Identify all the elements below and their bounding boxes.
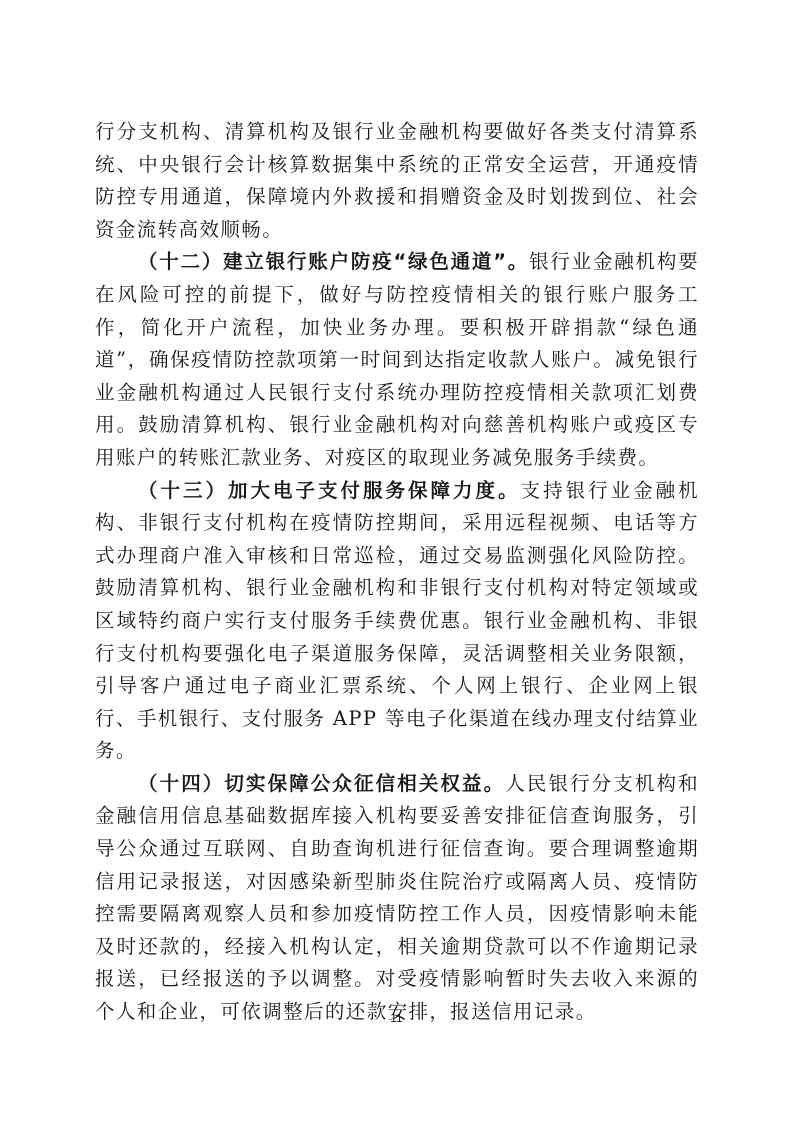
section-heading: （十二）建立银行账户防疫“绿色通道”。	[138, 250, 529, 273]
paragraph-section-13: （十三）加大电子支付服务保障力度。支持银行业金融机构、非银行支付机构在疫情防控期…	[95, 475, 699, 768]
paragraph-section-12: （十二）建立银行账户防疫“绿色通道”。银行业金融机构要在风险可控的前提下，做好与…	[95, 246, 699, 474]
paragraph-section-14: （十四）切实保障公众征信相关权益。人民银行分支机构和金融信用信息基础数据库接入机…	[95, 768, 699, 1029]
document-page: 行分支机构、清算机构及银行业金融机构要做好各类支付清算系统、中央银行会计核算数据…	[0, 0, 793, 1122]
paragraph-text: 银行业金融机构要在风险可控的前提下，做好与防控疫情相关的银行账户服务工作，简化开…	[95, 250, 699, 469]
paragraph-continuation: 行分支机构、清算机构及银行业金融机构要做好各类支付清算系统、中央银行会计核算数据…	[95, 116, 699, 246]
section-heading: （十三）加大电子支付服务保障力度。	[138, 479, 521, 502]
section-heading: （十四）切实保障公众征信相关权益。	[138, 772, 505, 795]
page-number: 11	[0, 1011, 793, 1025]
paragraph-text: 人民银行分支机构和金融信用信息基础数据库接入机构要妥善安排征信查询服务，引导公众…	[95, 772, 699, 1023]
paragraph-text: 行分支机构、清算机构及银行业金融机构要做好各类支付清算系统、中央银行会计核算数据…	[95, 120, 699, 241]
document-body: 行分支机构、清算机构及银行业金融机构要做好各类支付清算系统、中央银行会计核算数据…	[95, 116, 699, 1029]
paragraph-text: 支持银行业金融机构、非银行支付机构在疫情防控期间，采用远程视频、电话等方式办理商…	[95, 479, 699, 763]
